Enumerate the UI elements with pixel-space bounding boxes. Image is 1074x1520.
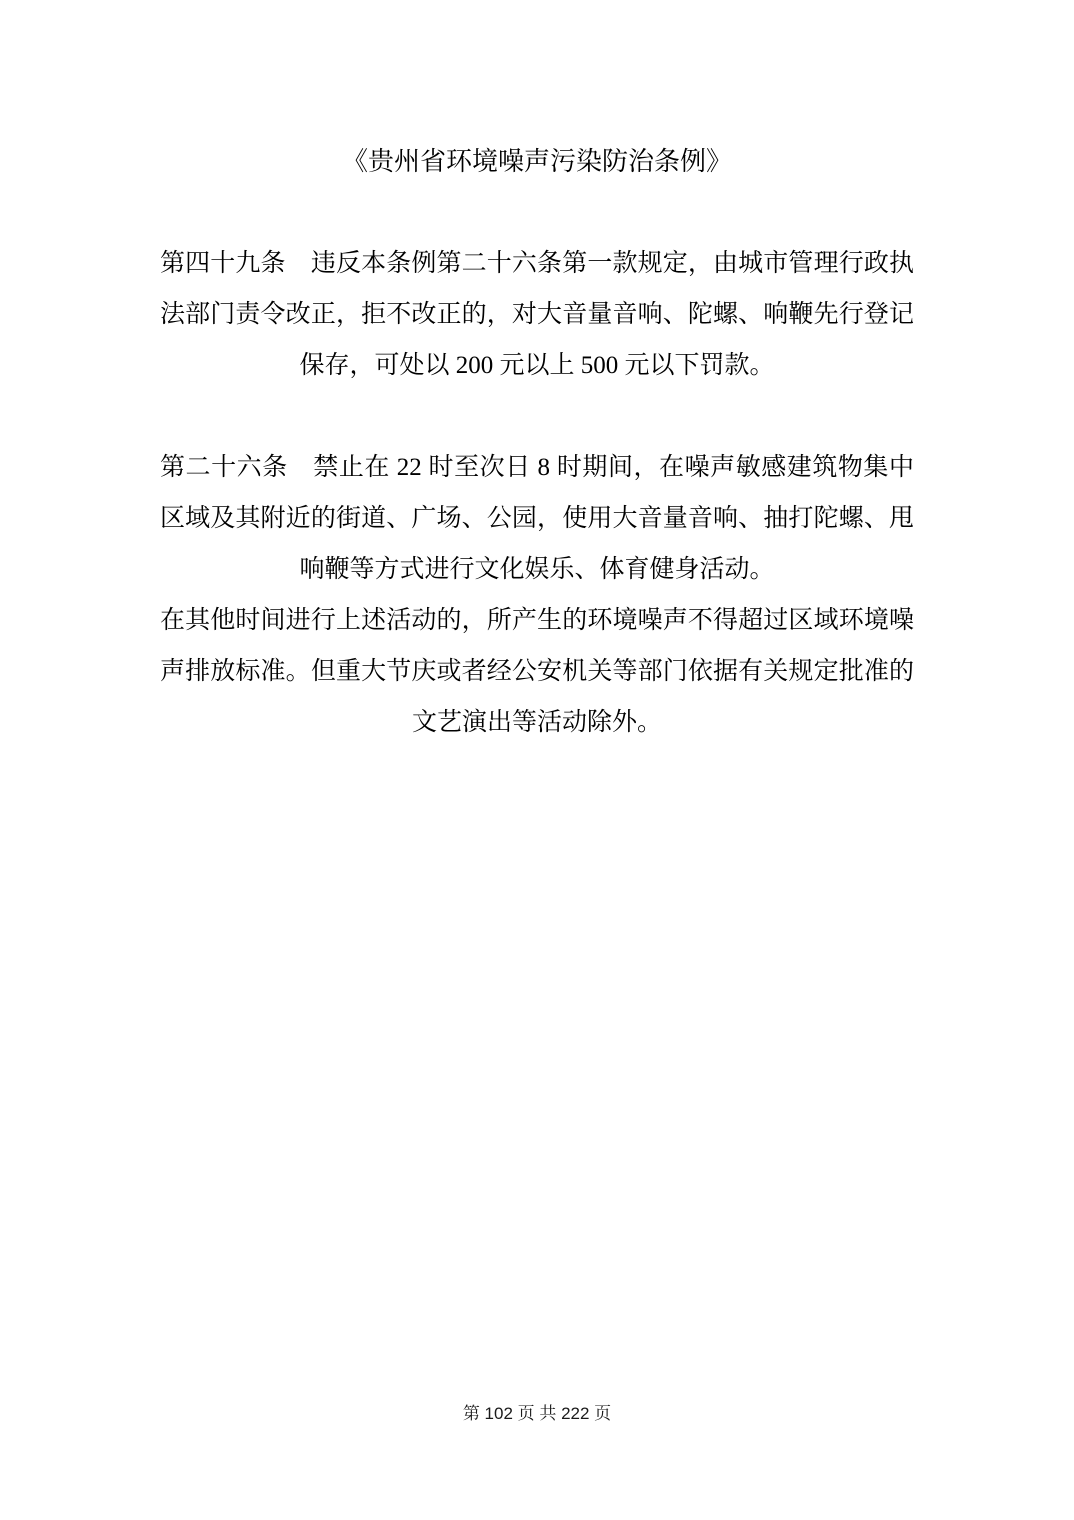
article-49-paragraph: 第四十九条 违反本条例第二十六条第一款规定，由城市管理行政执 法部门责令改正，拒…: [160, 238, 914, 391]
paragraph-line: 在其他时间进行上述活动的，所产生的环境噪声不得超过区域环境噪: [160, 595, 914, 646]
paragraph-line: 声排放标准。但重大节庆或者经公安机关等部门依据有关规定批准的: [160, 646, 914, 697]
paragraph-line: 保存，可处以 200 元以上 500 元以下罚款。: [160, 340, 914, 391]
article-26-paragraph-1: 第二十六条 禁止在 22 时至次日 8 时期间，在噪声敏感建筑物集中 区域及其附…: [160, 442, 914, 595]
paragraph-line: 文艺演出等活动除外。: [160, 697, 914, 748]
document-content: 《贵州省环境噪声污染防治条例》 第四十九条 违反本条例第二十六条第一款规定，由城…: [160, 136, 914, 748]
paragraph-line: 第四十九条 违反本条例第二十六条第一款规定，由城市管理行政执: [160, 238, 914, 289]
page-footer: 第 102 页 共 222 页: [0, 1402, 1074, 1426]
paragraph-line: 区域及其附近的街道、广场、公园，使用大音量音响、抽打陀螺、甩: [160, 493, 914, 544]
paragraph-line: 响鞭等方式进行文化娱乐、体育健身活动。: [160, 544, 914, 595]
article-26-paragraph-2: 在其他时间进行上述活动的，所产生的环境噪声不得超过区域环境噪 声排放标准。但重大…: [160, 595, 914, 748]
document-title: 《贵州省环境噪声污染防治条例》: [160, 136, 914, 187]
document-page: 《贵州省环境噪声污染防治条例》 第四十九条 违反本条例第二十六条第一款规定，由城…: [0, 0, 1074, 1520]
paragraph-line: 第二十六条 禁止在 22 时至次日 8 时期间，在噪声敏感建筑物集中: [160, 442, 914, 493]
paragraph-line: 法部门责令改正，拒不改正的，对大音量音响、陀螺、响鞭先行登记: [160, 289, 914, 340]
